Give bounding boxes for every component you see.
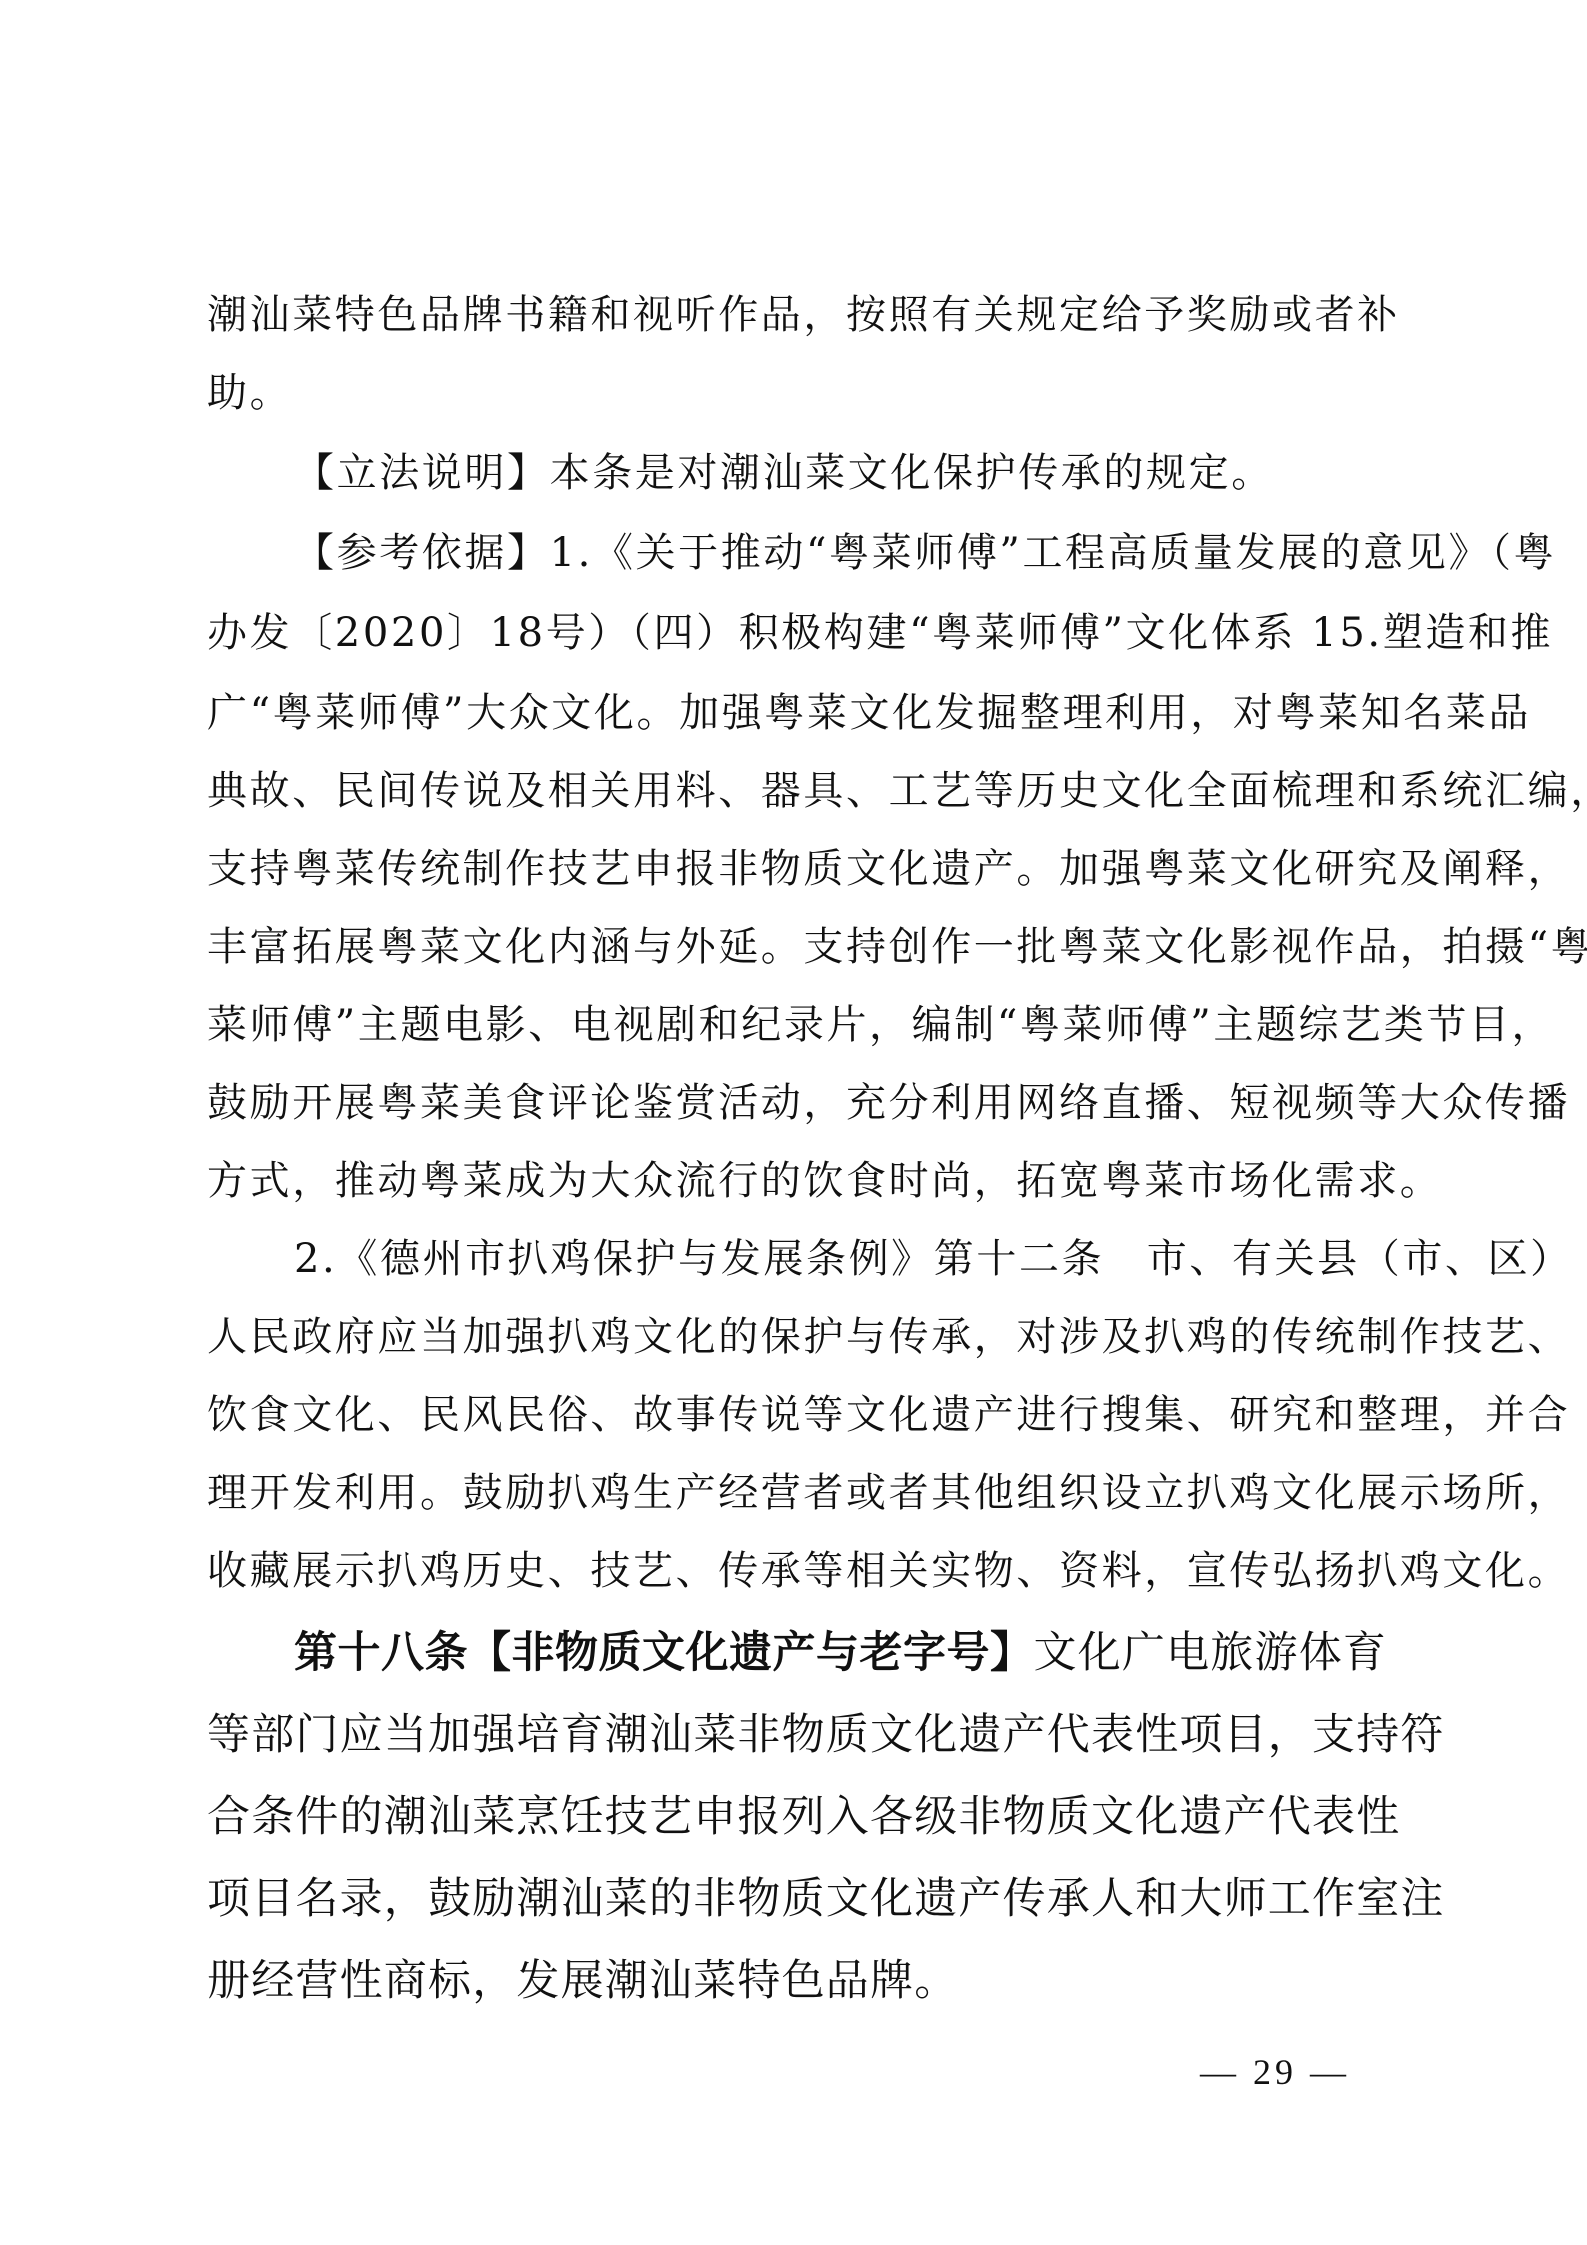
article-heading-line: 第十八条【非物质文化遗产与老字号】 文化广电旅游体育 bbox=[294, 1628, 1387, 1678]
body-text-line: 丰富拓展粤菜文化内涵与外延。支持创作一批粤菜文化影视作品，拍摄“粤 bbox=[207, 924, 1387, 970]
legislative-note: 【立法说明】本条是对潮汕菜文化保护传承的规定。 bbox=[294, 450, 1387, 496]
article-text-line: 册经营性商标，发展潮汕菜特色品牌。 bbox=[207, 1956, 1387, 2006]
body-text-line: 饮食文化、民风民俗、故事传说等文化遗产进行搜集、研究和整理，并合 bbox=[207, 1392, 1387, 1438]
body-text-line: 人民政府应当加强扒鸡文化的保护与传承，对涉及扒鸡的传统制作技艺、 bbox=[207, 1314, 1387, 1360]
body-text-line: 鼓励开展粤菜美食评论鉴赏活动，充分利用网络直播、短视频等大众传播 bbox=[207, 1080, 1387, 1126]
reference-basis-heading: 【参考依据】1.《关于推动“粤菜师傅”工程高质量发展的意见》（粤 bbox=[294, 530, 1387, 576]
document-page: 潮汕菜特色品牌书籍和视听作品，按照有关规定给予奖励或者补 助。 【立法说明】本条… bbox=[0, 0, 1587, 2245]
article-heading: 第十八条【非物质文化遗产与老字号】 bbox=[294, 1628, 1034, 1678]
reference-item-2: 2.《德州市扒鸡保护与发展条例》第十二条 市、有关县（市、区） bbox=[294, 1236, 1387, 1282]
body-text-line: 支持粤菜传统制作技艺申报非物质文化遗产。加强粤菜文化研究及阐释， bbox=[207, 846, 1387, 892]
body-text-line: 菜师傅”主题电影、电视剧和纪录片，编制“粤菜师傅”主题综艺类节目， bbox=[207, 1002, 1387, 1048]
body-text-line: 办发〔2020〕18号）（四）积极构建“粤菜师傅”文化体系 15.塑造和推 bbox=[207, 610, 1387, 656]
body-text-line: 助。 bbox=[207, 370, 1387, 416]
body-text-line: 收藏展示扒鸡历史、技艺、传承等相关实物、资料，宣传弘扬扒鸡文化。 bbox=[207, 1548, 1387, 1594]
body-text-line: 方式，推动粤菜成为大众流行的饮食时尚，拓宽粤菜市场化需求。 bbox=[207, 1158, 1387, 1204]
article-text-line: 项目名录，鼓励潮汕菜的非物质文化遗产传承人和大师工作室注 bbox=[207, 1874, 1387, 1924]
body-text-line: 典故、民间传说及相关用料、器具、工艺等历史文化全面梳理和系统汇编， bbox=[207, 768, 1387, 814]
body-text-line: 理开发利用。鼓励扒鸡生产经营者或者其他组织设立扒鸡文化展示场所， bbox=[207, 1470, 1387, 1516]
article-text-line: 合条件的潮汕菜烹饪技艺申报列入各级非物质文化遗产代表性 bbox=[207, 1792, 1387, 1842]
body-text-line: 潮汕菜特色品牌书籍和视听作品，按照有关规定给予奖励或者补 bbox=[207, 292, 1387, 338]
article-heading-tail: 文化广电旅游体育 bbox=[1034, 1628, 1388, 1678]
page-number: — 29 — bbox=[1200, 2052, 1350, 2092]
article-text-line: 等部门应当加强培育潮汕菜非物质文化遗产代表性项目，支持符 bbox=[207, 1710, 1387, 1760]
body-text-line: 广“粤菜师傅”大众文化。加强粤菜文化发掘整理利用，对粤菜知名菜品 bbox=[207, 690, 1387, 736]
